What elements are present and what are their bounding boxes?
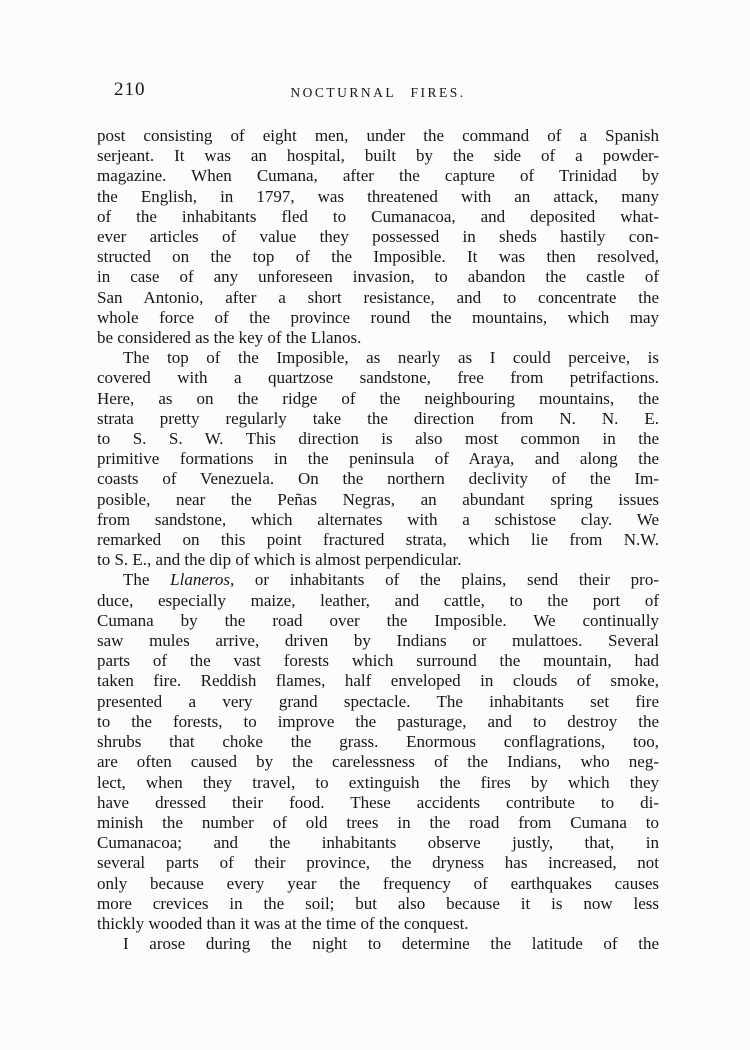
- text-segment: whole force of the province round the mo…: [97, 308, 659, 327]
- book-page: 210 NOCTURNAL FIRES. post consisting of …: [0, 0, 750, 1050]
- text-line: magazine. When Cumana, after the capture…: [97, 166, 659, 186]
- text-segment: The top of the Imposible, as nearly as I…: [123, 348, 659, 367]
- text-segment: remarked on this point fractured strata,…: [97, 530, 659, 549]
- text-line: The Llaneros, or inhabitants of the plai…: [97, 570, 659, 590]
- text-segment: minish the number of old trees in the ro…: [97, 813, 659, 832]
- text-line: taken fire. Reddish flames, half envelop…: [97, 671, 659, 691]
- text-segment: I arose during the night to determine th…: [123, 934, 659, 953]
- text-segment: are often caused by the carelessness of …: [97, 752, 659, 771]
- text-segment: Cumanacoa; and the inhabitants observe j…: [97, 833, 659, 852]
- text-line: of the inhabitants fled to Cumanacoa, an…: [97, 207, 659, 227]
- text-line: The top of the Imposible, as nearly as I…: [97, 348, 659, 368]
- text-line: to S. E., and the dip of which is almost…: [97, 550, 659, 570]
- text-line: are often caused by the carelessness of …: [97, 752, 659, 772]
- text-line: thickly wooded than it was at the time o…: [97, 914, 659, 934]
- text-segment: coasts of Venezuela. On the northern dec…: [97, 469, 659, 488]
- text-segment: to S. S. W. This direction is also most …: [97, 429, 659, 448]
- text-segment: to the forests, to improve the pasturage…: [97, 712, 659, 731]
- text-segment: saw mules arrive, driven by Indians or m…: [97, 631, 659, 650]
- text-segment: to S. E., and the dip of which is almost…: [97, 550, 462, 569]
- text-line: strata pretty regularly take the directi…: [97, 409, 659, 429]
- text-line: from sandstone, which alternates with a …: [97, 510, 659, 530]
- text-line: ever articles of value they possessed in…: [97, 227, 659, 247]
- text-line: covered with a quartzose sandstone, free…: [97, 368, 659, 388]
- text-line: serjeant. It was an hospital, built by t…: [97, 146, 659, 166]
- text-segment: primitive formations in the peninsula of…: [97, 449, 659, 468]
- text-line: I arose during the night to determine th…: [97, 934, 659, 954]
- text-line: primitive formations in the peninsula of…: [97, 449, 659, 469]
- text-line: to the forests, to improve the pasturage…: [97, 712, 659, 732]
- text-line: to S. S. W. This direction is also most …: [97, 429, 659, 449]
- text-segment: Here, as on the ridge of the neighbourin…: [97, 389, 659, 408]
- text-line: saw mules arrive, driven by Indians or m…: [97, 631, 659, 651]
- text-line: in case of any unforeseen invasion, to a…: [97, 267, 659, 287]
- text-segment: several parts of their province, the dry…: [97, 853, 659, 872]
- text-line: have dressed their food. These accidents…: [97, 793, 659, 813]
- text-line: remarked on this point fractured strata,…: [97, 530, 659, 550]
- text-segment: more crevices in the soil; but also beca…: [97, 894, 659, 913]
- text-segment: from sandstone, which alternates with a …: [97, 510, 659, 529]
- text-segment: covered with a quartzose sandstone, free…: [97, 368, 659, 387]
- text-segment: Cumana by the road over the Imposible. W…: [97, 611, 659, 630]
- text-line: only because every year the frequency of…: [97, 874, 659, 894]
- text-segment: San Antonio, after a short resistance, a…: [97, 288, 659, 307]
- text-segment: strata pretty regularly take the directi…: [97, 409, 659, 428]
- paragraph: post consisting of eight men, under the …: [97, 126, 659, 348]
- text-line: posible, near the Peñas Negras, an abund…: [97, 490, 659, 510]
- text-segment: of the inhabitants fled to Cumanacoa, an…: [97, 207, 659, 226]
- text-line: be considered as the key of the Llanos.: [97, 328, 659, 348]
- text-segment: duce, especially maize, leather, and cat…: [97, 591, 659, 610]
- text-line: structed on the top of the Imposible. It…: [97, 247, 659, 267]
- text-segment: in case of any unforeseen invasion, to a…: [97, 267, 659, 286]
- paragraph: The top of the Imposible, as nearly as I…: [97, 348, 659, 570]
- text-line: several parts of their province, the dry…: [97, 853, 659, 873]
- text-line: Cumana by the road over the Imposible. W…: [97, 611, 659, 631]
- page-number: 210: [114, 79, 146, 101]
- text-line: Cumanacoa; and the inhabitants observe j…: [97, 833, 659, 853]
- text-line: more crevices in the soil; but also beca…: [97, 894, 659, 914]
- text-line: duce, especially maize, leather, and cat…: [97, 591, 659, 611]
- text-segment: shrubs that choke the grass. Enormous co…: [97, 732, 659, 751]
- text-line: San Antonio, after a short resistance, a…: [97, 288, 659, 308]
- text-segment: , or inhabitants of the plains, send the…: [230, 570, 659, 589]
- text-segment: parts of the vast forests which surround…: [97, 651, 659, 670]
- text-line: parts of the vast forests which surround…: [97, 651, 659, 671]
- text-segment: The: [123, 570, 170, 589]
- text-line: Here, as on the ridge of the neighbourin…: [97, 389, 659, 409]
- text-segment: presented a very grand spectacle. The in…: [97, 692, 659, 711]
- text-segment: ever articles of value they possessed in…: [97, 227, 659, 246]
- text-segment: be considered as the key of the Llanos.: [97, 328, 361, 347]
- text-segment: lect, when they travel, to extinguish th…: [97, 773, 659, 792]
- text-segment: taken fire. Reddish flames, half envelop…: [97, 671, 659, 690]
- text-line: post consisting of eight men, under the …: [97, 126, 659, 146]
- paragraph: The Llaneros, or inhabitants of the plai…: [97, 570, 659, 934]
- text-segment: only because every year the frequency of…: [97, 874, 659, 893]
- text-line: the English, in 1797, was threatened wit…: [97, 187, 659, 207]
- text-segment: post consisting of eight men, under the …: [97, 126, 659, 145]
- text-segment: structed on the top of the Imposible. It…: [97, 247, 659, 266]
- text-segment: magazine. When Cumana, after the capture…: [97, 166, 659, 185]
- text-line: whole force of the province round the mo…: [97, 308, 659, 328]
- text-line: shrubs that choke the grass. Enormous co…: [97, 732, 659, 752]
- text-line: minish the number of old trees in the ro…: [97, 813, 659, 833]
- running-header-title: NOCTURNAL FIRES.: [97, 82, 659, 101]
- text-segment: posible, near the Peñas Negras, an abund…: [97, 490, 659, 509]
- text-segment: serjeant. It was an hospital, built by t…: [97, 146, 659, 165]
- text-segment: thickly wooded than it was at the time o…: [97, 914, 469, 933]
- text-segment: have dressed their food. These accidents…: [97, 793, 659, 812]
- italic-text: Llaneros: [170, 570, 230, 589]
- paragraph: I arose during the night to determine th…: [97, 934, 659, 954]
- text-line: lect, when they travel, to extinguish th…: [97, 773, 659, 793]
- text-line: coasts of Venezuela. On the northern dec…: [97, 469, 659, 489]
- text-line: presented a very grand spectacle. The in…: [97, 692, 659, 712]
- text-segment: the English, in 1797, was threatened wit…: [97, 187, 659, 206]
- page-body: post consisting of eight men, under the …: [97, 126, 659, 954]
- page-header: 210 NOCTURNAL FIRES.: [97, 82, 659, 106]
